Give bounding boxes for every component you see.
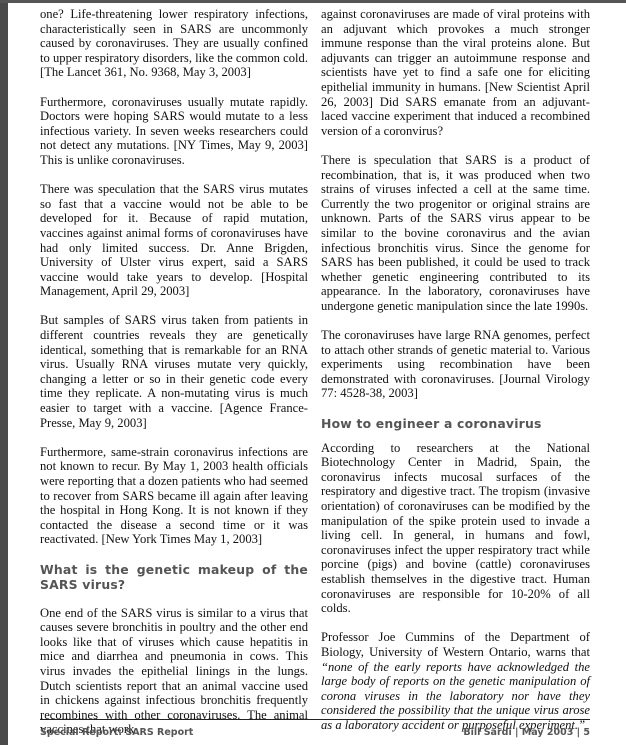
page-top-border [0,0,626,3]
paragraph: One end of the SARS virus is similar to … [40,606,308,737]
footer-divider [40,719,590,720]
paragraph: But samples of SARS virus taken from pat… [40,313,308,430]
quote-text: “none of the early reports have acknowle… [321,660,590,732]
paragraph: one? Life-threatening lower respiratory … [40,7,308,80]
left-column: one? Life-threatening lower respiratory … [40,7,308,745]
section-heading-genetic-makeup: What is the genetic makeup of the SARS v… [40,562,308,592]
paragraph: There is speculation that SARS is a prod… [321,153,590,314]
footer-report-title: Special Report: SARS Report [40,727,193,738]
paragraph: According to researchers at the National… [321,441,590,616]
footer-author-page: Bill Sardi | May 2003 | 5 [463,727,590,738]
paragraph: There was speculation that the SARS viru… [40,182,308,299]
quote-lead: Professor Joe Cummins of the Department … [321,630,590,659]
paragraph: The coronaviruses have large RNA genomes… [321,328,590,401]
page-left-border [0,0,8,745]
right-column: against coronaviruses are made of viral … [321,7,590,745]
section-heading-engineer-coronavirus: How to engineer a coronavirus [321,416,590,431]
quote-paragraph: Professor Joe Cummins of the Department … [321,630,590,732]
paragraph: Furthermore, same-strain coronavirus inf… [40,445,308,547]
paragraph: Furthermore, coronaviruses usually mutat… [40,95,308,168]
paragraph: against coronaviruses are made of viral … [321,7,590,138]
